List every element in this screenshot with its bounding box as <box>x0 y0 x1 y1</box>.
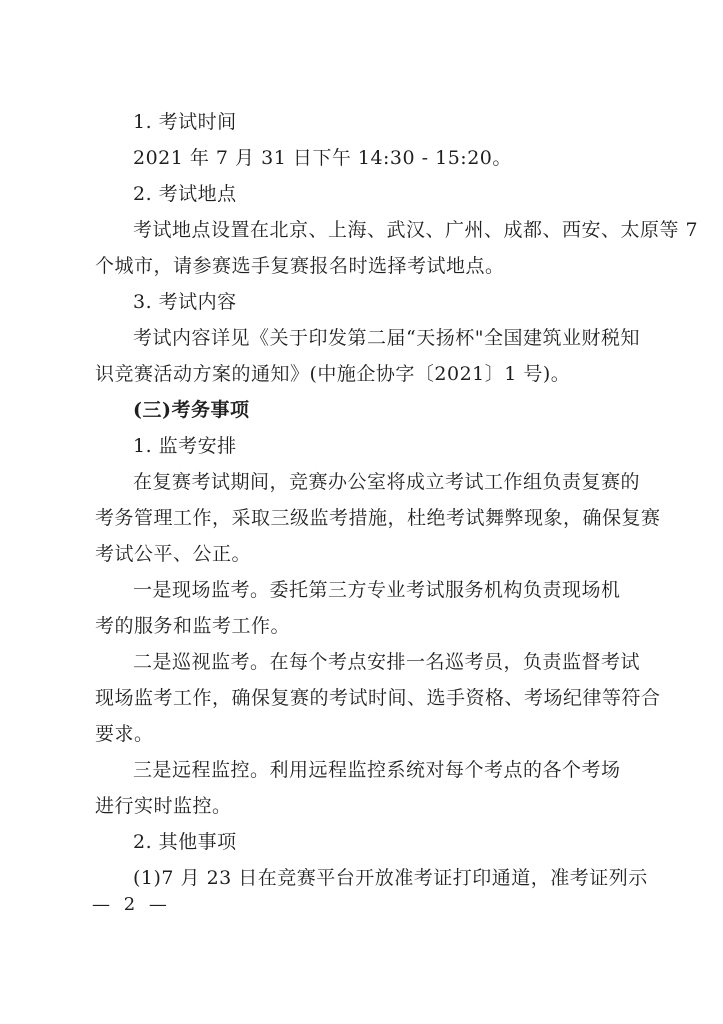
numbered-heading-exam-time: 1. 考试时间 <box>95 104 632 140</box>
text-line: (1)7 月 23 日在竞赛平台开放准考证打印通道，准考证列示 <box>95 860 632 896</box>
numbered-heading-other-matters: 2. 其他事项 <box>95 824 632 860</box>
text-line: 现场监考工作，确保复赛的考试时间、选手资格、考场纪律等符合 <box>95 680 632 716</box>
text-line: 进行实时监控。 <box>95 788 632 824</box>
text-line: 要求。 <box>95 716 632 752</box>
text-line: 考试内容详见《关于印发第二届“天扬杯"全国建筑业财税知 <box>95 320 632 356</box>
section-heading-exam-affairs: (三)考务事项 <box>95 392 632 428</box>
numbered-heading-exam-location: 2. 考试地点 <box>95 176 632 212</box>
text-line: 三是远程监控。利用远程监控系统对每个考点的各个考场 <box>95 752 632 788</box>
numbered-heading-exam-content: 3. 考试内容 <box>95 284 632 320</box>
text-line: 2021 年 7 月 31 日下午 14:30 - 15:20。 <box>95 140 632 176</box>
text-line: 考试公平、公正。 <box>95 536 632 572</box>
page-number: — 2 — <box>92 892 171 918</box>
numbered-heading-proctoring: 1. 监考安排 <box>95 428 632 464</box>
text-line: 个城市，请参赛选手复赛报名时选择考试地点。 <box>95 248 632 284</box>
text-line: 二是巡视监考。在每个考点安排一名巡考员，负责监督考试 <box>95 644 632 680</box>
text-line: 一是现场监考。委托第三方专业考试服务机构负责现场机 <box>95 572 632 608</box>
document-body: 1. 考试时间 2021 年 7 月 31 日下午 14:30 - 15:20。… <box>95 104 632 896</box>
text-line: 识竞赛活动方案的通知》(中施企协字〔2021〕1 号)。 <box>95 356 632 392</box>
text-line: 考试地点设置在北京、上海、武汉、广州、成都、西安、太原等 7 <box>95 212 632 248</box>
text-line: 考的服务和监考工作。 <box>95 608 632 644</box>
document-page: 1. 考试时间 2021 年 7 月 31 日下午 14:30 - 15:20。… <box>0 0 723 1024</box>
text-line: 在复赛考试期间，竞赛办公室将成立考试工作组负责复赛的 <box>95 464 632 500</box>
text-line: 考务管理工作，采取三级监考措施，杜绝考试舞弊现象，确保复赛 <box>95 500 632 536</box>
